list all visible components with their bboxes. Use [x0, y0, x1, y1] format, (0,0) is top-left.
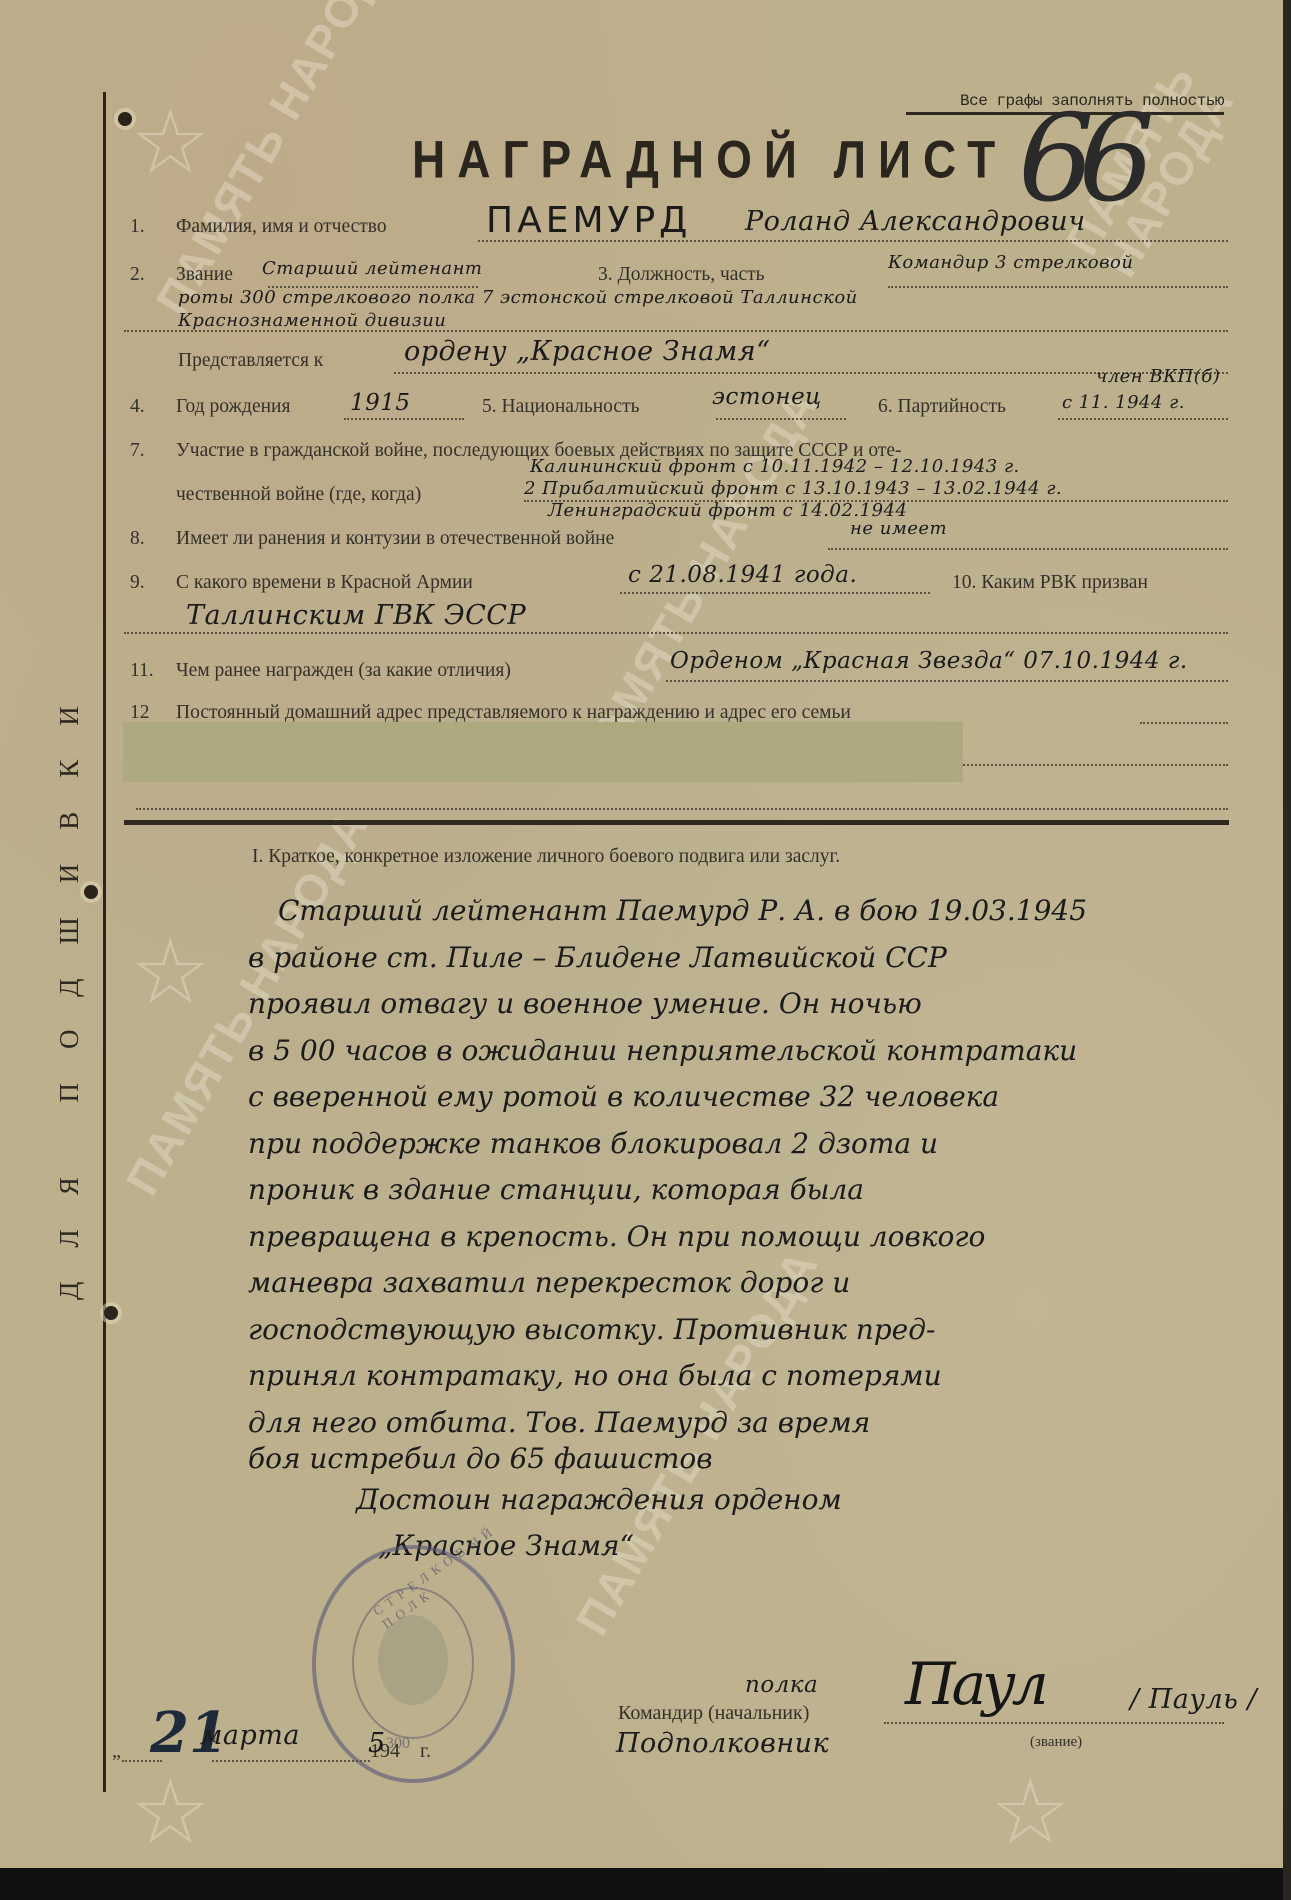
document-title: НАГРАДНОЙ ЛИСТ — [412, 128, 1007, 190]
nominated-for-value: ордену „Красное Знамя“ — [404, 336, 770, 367]
dotted-line — [344, 418, 464, 420]
position-value-line3: Краснознаменной дивизии — [178, 310, 446, 331]
field-label: Должность, часть — [618, 264, 765, 285]
surname-value: ПАЕМУРД — [486, 200, 691, 241]
position-value-line1: Командир 3 стрелковой — [888, 252, 1133, 273]
binding-side-label: ДЛЯ ПОДШИВКИ — [54, 672, 85, 1300]
nationality-value: эстонец — [712, 384, 822, 410]
field-label: Постоянный домашний адрес представляемог… — [176, 702, 851, 723]
field-combat-participation-label2: чественной войне (где, когда) — [176, 484, 421, 506]
field-label: Каким РВК призван — [981, 572, 1148, 593]
punch-hole-icon — [118, 112, 132, 126]
given-names-value: Роланд Александрович — [745, 206, 1086, 237]
field-number: 5. — [482, 396, 497, 417]
scan-bottom-edge — [0, 1868, 1291, 1900]
dotted-line — [136, 808, 1228, 810]
field-rank: 2.Звание — [130, 264, 233, 286]
narrative-text: Старший лейтенант Паемурд Р. А. в бою 19… — [248, 888, 1288, 1570]
dotted-line — [124, 632, 1228, 634]
regiment-stamp: СТРЕЛКОВЫЙ ПОЛК 300 — [312, 1545, 515, 1783]
dotted-line — [828, 548, 1228, 550]
previous-awards-value: Орденом „Красная Звезда“ 07.10.1944 г. — [670, 648, 1188, 674]
field-draft-office: 10. Каким РВК призван — [952, 572, 1148, 594]
section-divider — [124, 820, 1229, 825]
rank-value: Старший лейтенант — [262, 258, 483, 279]
field-label: Партийность — [898, 396, 1006, 417]
dotted-line — [960, 764, 1228, 766]
rank-caption: (звание) — [1030, 1734, 1082, 1751]
field-number: 1. — [130, 216, 176, 238]
signer-name: / Пауль / — [1130, 1684, 1257, 1715]
narrative-line: при поддержке танков блокировал 2 дзота … — [248, 1121, 1288, 1168]
field-number: 8. — [130, 528, 176, 550]
field-army-since: 9.С какого времени в Красной Армии — [130, 572, 473, 594]
field-number: 10. — [952, 572, 976, 593]
field-number: 9. — [130, 572, 176, 594]
commander-label: Командир (начальник) — [618, 1702, 809, 1725]
party-since-value: с 11. 1944 г. — [1062, 392, 1185, 413]
field-label: Чем ранее награжден (за какие отличия) — [176, 660, 511, 681]
field-full-name: 1.Фамилия, имя и отчество — [130, 216, 387, 238]
field-birth-year: 4.Год рождения — [130, 396, 290, 418]
narrative-line: маневра захватил перекресток дорог и — [248, 1260, 1288, 1307]
field-previous-awards: 11.Чем ранее награжден (за какие отличия… — [130, 660, 511, 682]
field-home-address: 12Постоянный домашний адрес представляем… — [130, 702, 851, 724]
dotted-line — [1140, 722, 1228, 724]
dotted-line — [212, 1760, 370, 1762]
field-label: Имеет ли ранения и контузии в отечествен… — [176, 528, 614, 549]
field-number: 2. — [130, 264, 176, 286]
field-label: С какого времени в Красной Армии — [176, 572, 473, 593]
field-number: 7. — [130, 440, 176, 462]
narrative-section-title: I. Краткое, конкретное изложение личного… — [252, 846, 840, 868]
army-since-value: с 21.08.1941 года. — [628, 562, 857, 588]
field-number: 12 — [130, 702, 176, 724]
sheet-number: 66 — [1018, 100, 1139, 220]
year-suffix-label: г. — [420, 1740, 431, 1763]
binding-margin-line — [103, 92, 106, 1792]
narrative-line: Достоин награждения орденом — [248, 1477, 1288, 1524]
narrative-line: проник в здание станции, которая была — [248, 1167, 1288, 1214]
dotted-line — [666, 680, 1228, 682]
birth-year-value: 1915 — [350, 390, 411, 416]
narrative-line: превращена в крепость. Он при помощи лов… — [248, 1214, 1288, 1261]
wounds-value: не имеет — [850, 518, 947, 539]
signature-dotted-line — [884, 1722, 1224, 1724]
dotted-line — [1058, 418, 1228, 420]
address-redaction-block — [123, 722, 963, 782]
commander-unit: полка — [745, 1672, 818, 1698]
combat-entry: Калининский фронт с 10.11.1942 – 12.10.1… — [530, 456, 1020, 477]
field-label: Звание — [176, 264, 233, 285]
field-number: 11. — [130, 660, 176, 682]
draft-office-value: Таллинским ГВК ЭССР — [186, 600, 526, 631]
narrative-line: проявил отвагу и военное умение. Он ночь… — [248, 981, 1288, 1028]
dotted-line — [716, 418, 846, 420]
narrative-line: Старший лейтенант Паемурд Р. А. в бою 19… — [248, 888, 1288, 935]
punch-hole-icon — [84, 885, 98, 899]
field-label: Фамилия, имя и отчество — [176, 216, 387, 237]
field-party: 6. Партийность — [878, 396, 1006, 418]
field-label: Год рождения — [176, 396, 290, 417]
party-membership-value: член ВКП(б) — [1096, 366, 1220, 387]
dotted-line — [888, 286, 1228, 288]
field-number: 4. — [130, 396, 176, 418]
combat-entry: 2 Прибалтийский фронт с 13.10.1943 – 13.… — [524, 478, 1062, 499]
field-number: 6. — [878, 396, 893, 417]
narrative-line: с вверенной ему ротой в количестве 32 че… — [248, 1074, 1288, 1121]
field-nationality: 5. Национальность — [482, 396, 640, 418]
date-month: марта — [200, 1720, 300, 1751]
dotted-line — [124, 330, 1228, 332]
commander-signature: Паул — [905, 1650, 1045, 1718]
field-wounds: 8.Имеет ли ранения и контузии в отечеств… — [130, 528, 614, 550]
field-number: 3. — [598, 264, 613, 285]
narrative-line: господствующую высотку. Противник пред- — [248, 1307, 1288, 1354]
nominated-for-label: Представляется к — [178, 350, 323, 372]
dotted-line — [620, 592, 930, 594]
narrative-line: принял контратаку, но она была с потерям… — [248, 1353, 1288, 1400]
date-year-handwritten: 5 — [368, 1728, 386, 1759]
field-label: Национальность — [502, 396, 640, 417]
narrative-line: в 5 00 часов в ожидании неприятельской к… — [248, 1028, 1288, 1075]
position-value-line2: роты 300 стрелкового полка 7 эстонской с… — [178, 287, 858, 308]
punch-hole-icon — [104, 1306, 118, 1320]
field-position: 3. Должность, часть — [598, 264, 765, 286]
narrative-line: в районе ст. Пиле – Блидене Латвийской С… — [248, 935, 1288, 982]
commander-rank: Подполковник — [616, 1728, 829, 1759]
